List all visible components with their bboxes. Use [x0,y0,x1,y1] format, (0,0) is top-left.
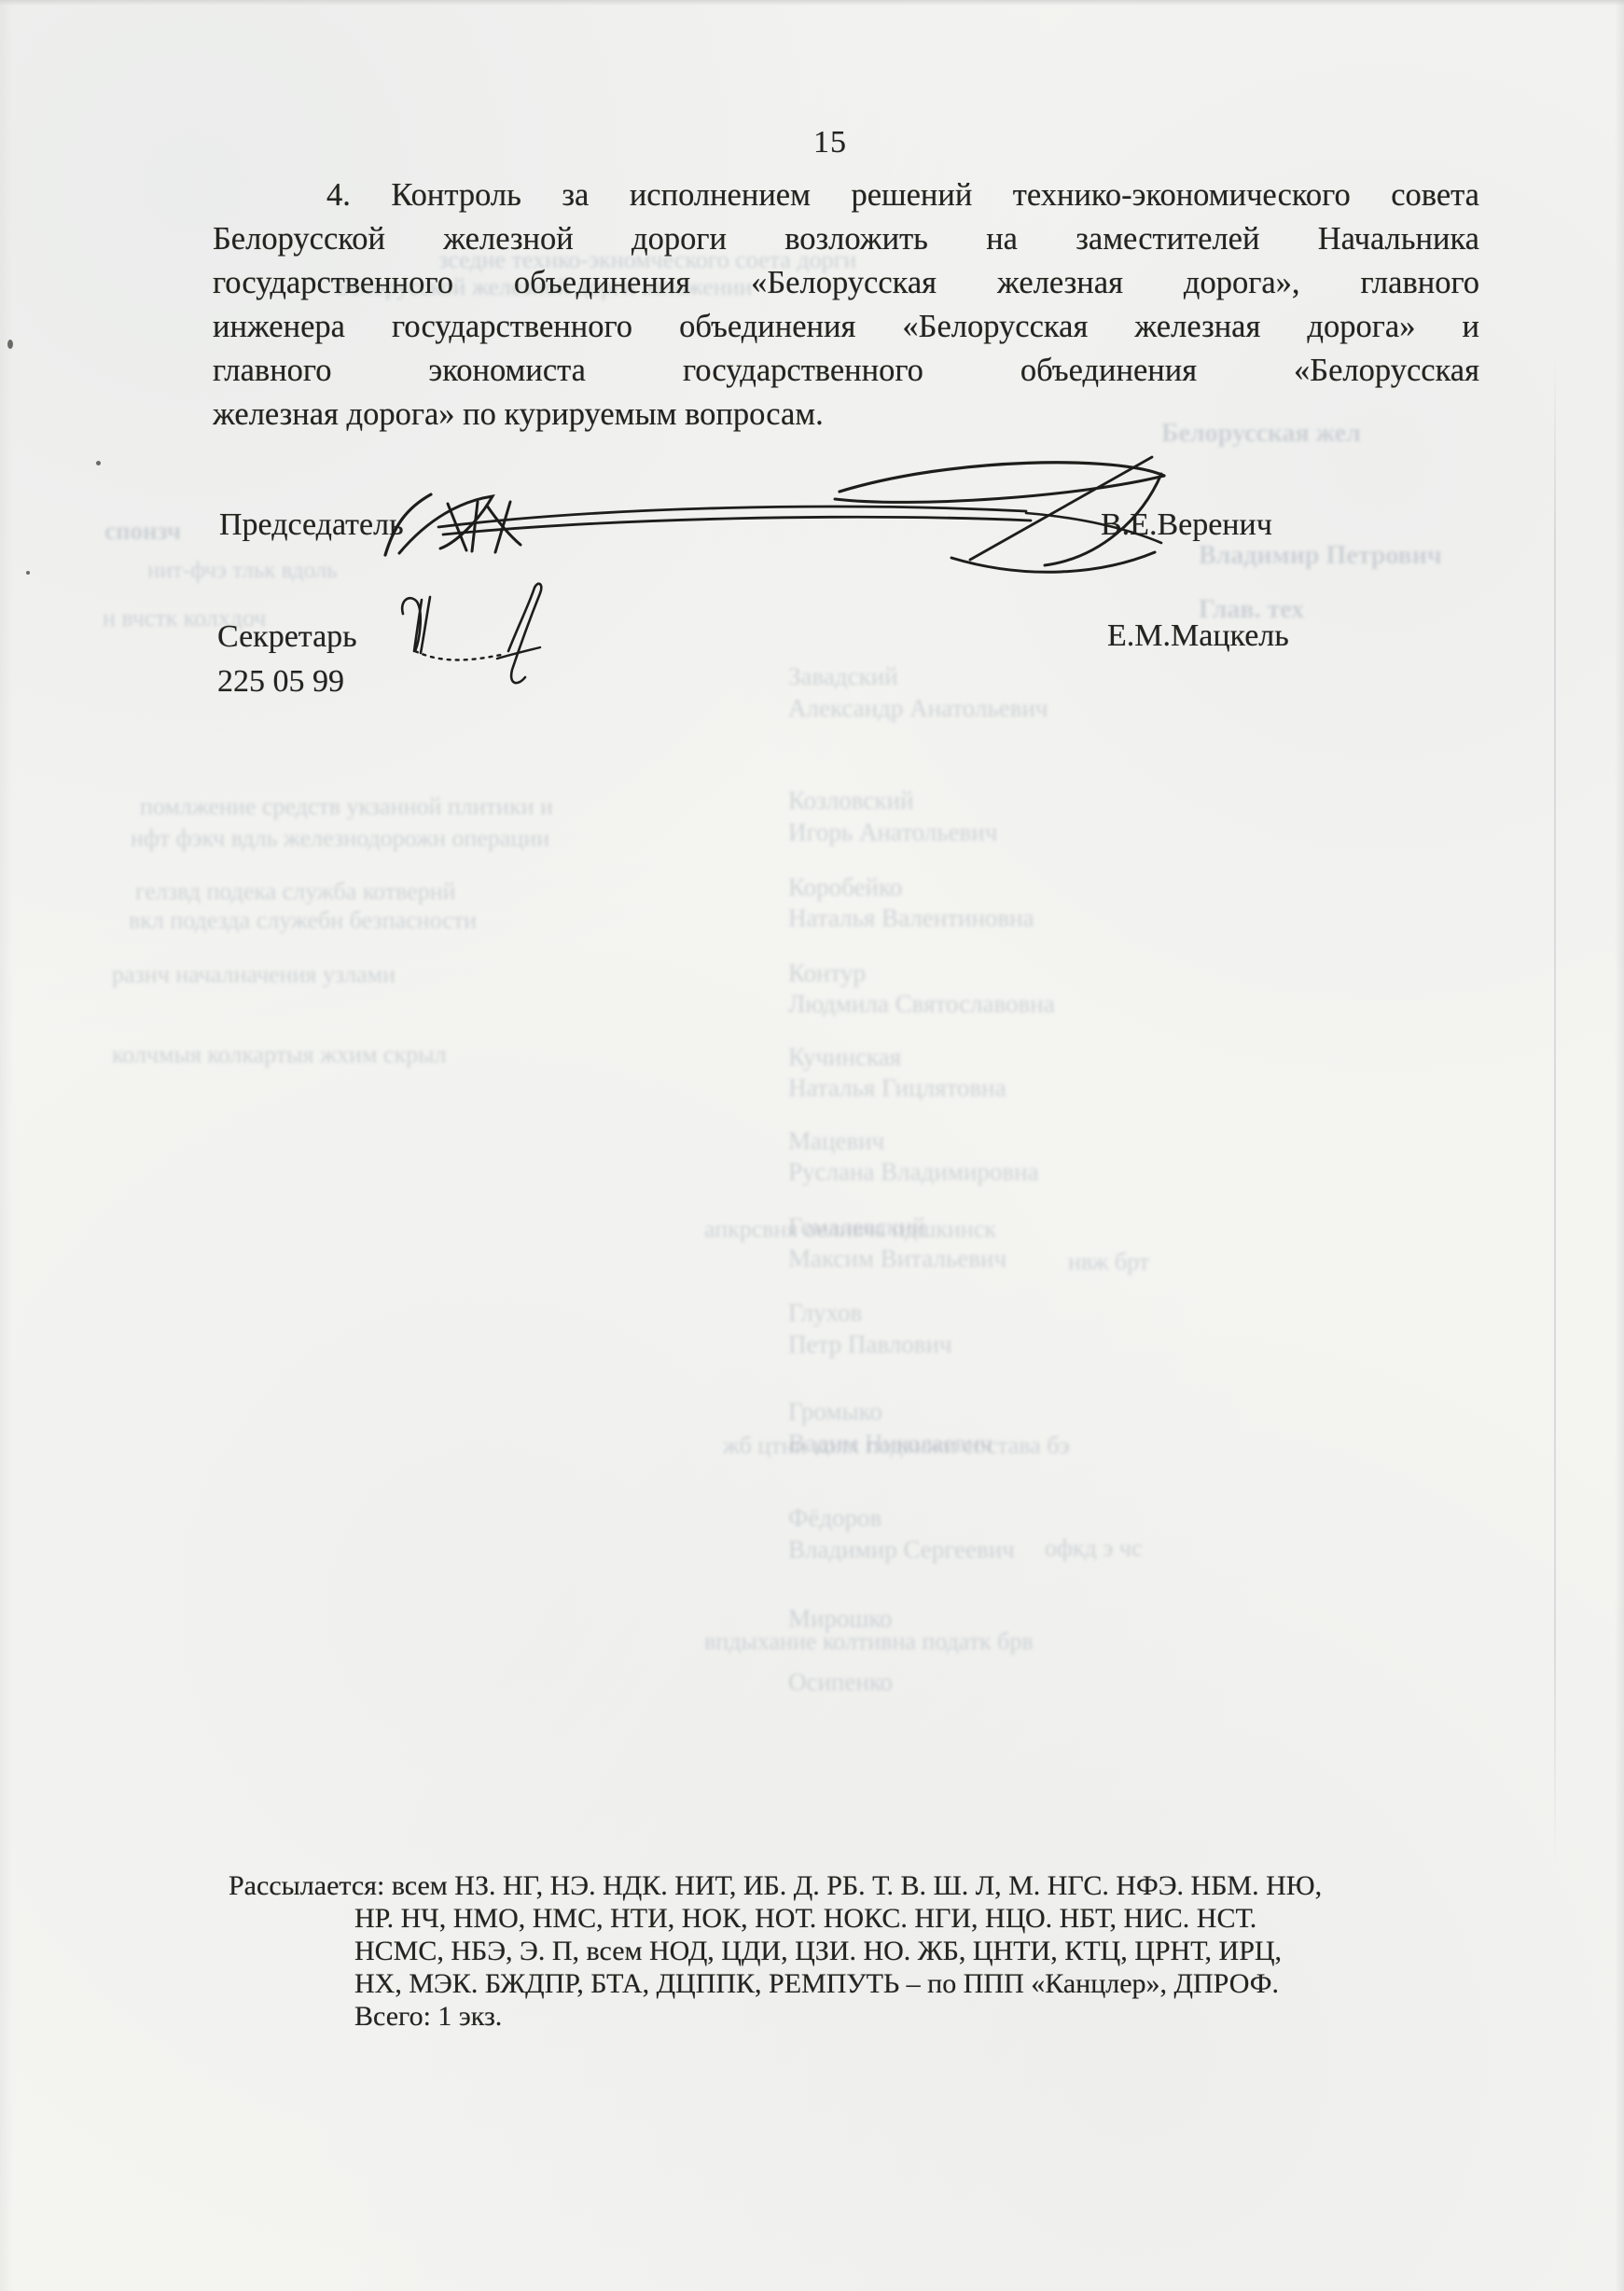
page-number: 15 [765,125,895,160]
bleedthrough-text: нфт фэкч вдль железнодорожн операции [131,825,549,853]
bleedthrough-text: Вадим Николаевич [788,1429,992,1458]
bleedthrough-text: Гомалевский [788,1213,925,1242]
paragraph-line: инженера государственного объединения «Б… [213,305,1479,349]
bleedthrough-text: Игорь Анатольевич [788,818,997,847]
bleedthrough-text: Александр Анатольевич [788,694,1048,723]
bleedthrough-text: разнч началначения узлами [112,961,396,989]
bleedthrough-text: Глухов [788,1298,862,1327]
bleedthrough-text: Мацевич [788,1127,884,1156]
bleedthrough-text: Руслана Владимировна [788,1158,1039,1187]
bleedthrough-text: вкл подезда служебн безпасности [129,907,477,935]
bleedthrough-text: Наталья Гицлятовна [788,1074,1006,1103]
paragraph-line: 4. Контроль за исполнением решений техни… [213,174,1479,217]
bleedthrough-text: Владимир Петрович [1199,541,1442,571]
paragraph-line: государственного объединения «Белорусска… [213,261,1479,305]
distribution-list: Рассылается: всем НЗ. НГ, НЭ. НДК. НИТ, … [229,1869,1525,2033]
bleedthrough-text: Громыко [788,1397,882,1426]
distribution-line: Рассылается: всем НЗ. НГ, НЭ. НДК. НИТ, … [229,1869,1525,1902]
paper-speck [96,461,101,465]
distribution-line: Всего: 1 экз. [354,2000,1525,2033]
bleedthrough-text: Завадский [788,662,898,691]
bleedthrough-text: помлжение средств укзанной плитики и [140,793,553,821]
secretary-name: Е.М.Мацкель [1107,618,1289,654]
bleedthrough-text: Владимир Сергеевич [788,1535,1015,1564]
paragraph-control-clause: 4. Контроль за исполнением решений техни… [213,174,1479,437]
paper-crease-line [1554,354,1556,1866]
secretary-signature [387,576,555,698]
paragraph-line: главного экономиста государственного объ… [213,349,1479,393]
bleedthrough-text: Кучинская [788,1043,901,1072]
secretary-phone: 225 05 99 [217,664,344,700]
bleedthrough-text: Коробейко [788,873,902,902]
bleedthrough-text: Осипенко [788,1668,893,1697]
bleedthrough-text: колчмыя колкартыя жхим скрыл [112,1041,447,1069]
scanned-document-page: зседне технко-экномческого соета доргиБе… [0,0,1624,2291]
bleedthrough-text: Людмила Святославовна [788,990,1055,1019]
bleedthrough-text: офкд э чс [1045,1534,1142,1562]
paper-speck [26,571,30,575]
bleedthrough-text: Контур [788,959,866,988]
paragraph-line: Белорусской железной дороги возложить на… [213,217,1479,261]
distribution-line: НХ, МЭК. БЖДПР, БТА, ДЦППК, РЕМПУТЬ – по… [354,1967,1525,2000]
bleedthrough-text: гелзвд подека служба котвернй [135,878,456,906]
chairman-signature [373,438,1175,583]
bleedthrough-text: Петр Павлович [788,1330,952,1359]
bleedthrough-text: Наталья Валентиновна [788,904,1034,933]
bleedthrough-text: спонзч [104,517,181,546]
paper-speck [7,340,13,349]
bleedthrough-text: Козловский [788,786,913,815]
bleedthrough-text: впдыхание колтивна податк брв [704,1628,1034,1656]
distribution-line: НСМС, НБЭ, Э. П, всем НОД, ЦДИ, ЦЗИ. НО.… [354,1935,1525,1967]
distribution-line: НР. НЧ, НМО, НМС, НТИ, НОК, НОТ. НОКС. Н… [354,1902,1525,1935]
secretary-label: Секретарь [217,619,357,655]
bleedthrough-text: Фёдоров [788,1504,881,1533]
bleedthrough-text: нит-фчэ тльк вдоль [147,558,338,584]
bleedthrough-text: нвж брт [1068,1248,1149,1276]
bleedthrough-text: Максим Витальевич [788,1244,1006,1273]
paragraph-line: железная дорога» по курируемым вопросам. [213,393,1479,437]
